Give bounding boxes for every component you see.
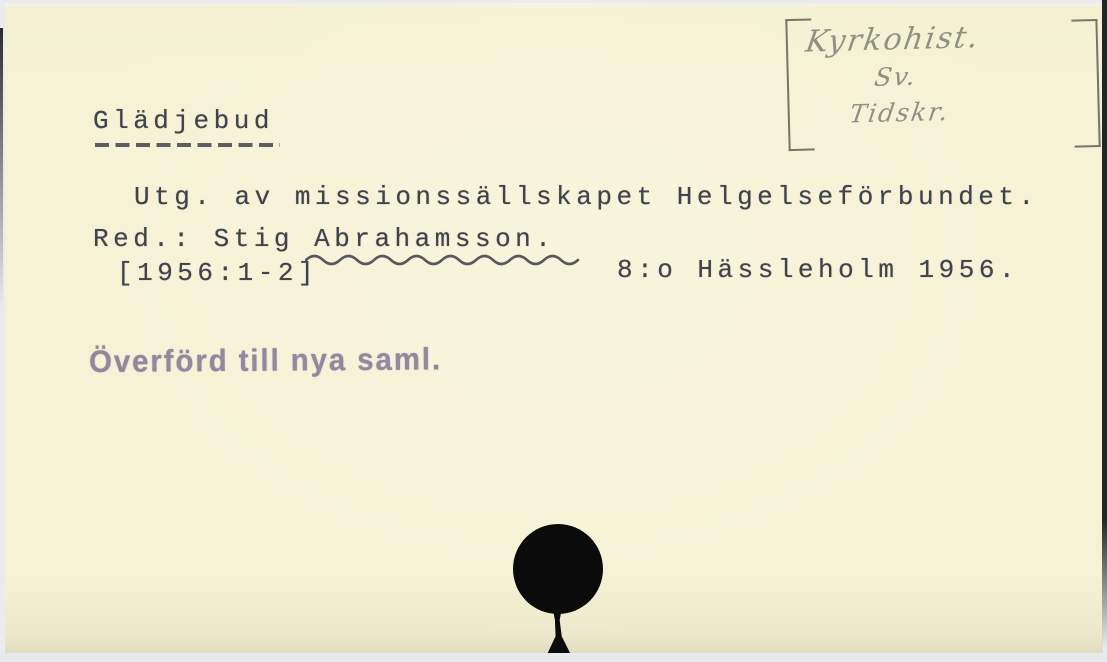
catalog-card: Kyrkohist. Sv. Tidskr. Glädjebud Utg. av… xyxy=(5,3,1103,653)
imprint-line: 8:o Hässleholm 1956. xyxy=(617,254,1019,286)
punch-hole xyxy=(513,524,603,614)
editor-prefix: Red.: Stig xyxy=(93,224,314,254)
card-title: Glädjebud xyxy=(93,105,274,137)
scan-left-edge xyxy=(0,28,3,308)
holdings-statement: [1956:1-2] xyxy=(117,257,318,289)
note-line-1: Kyrkohist. xyxy=(803,20,982,60)
right-bracket xyxy=(1071,19,1100,148)
handwritten-classification-note: Kyrkohist. Sv. Tidskr. xyxy=(783,7,1103,160)
card-top-edge xyxy=(5,3,1103,6)
note-line-2: Sv. xyxy=(873,62,920,92)
scanned-catalog-card: Kyrkohist. Sv. Tidskr. Glädjebud Utg. av… xyxy=(0,0,1107,662)
scan-bottom-strip xyxy=(0,653,1107,662)
note-line-3: Tidskr. xyxy=(848,97,952,129)
wavy-underline xyxy=(305,250,581,268)
publisher-line: Utg. av missionssällskapet Helgelseförbu… xyxy=(134,181,1039,213)
transfer-stamp: Överförd till nya saml. xyxy=(89,341,442,380)
title-dashed-underline xyxy=(95,143,280,147)
scan-right-edge xyxy=(1102,0,1107,648)
